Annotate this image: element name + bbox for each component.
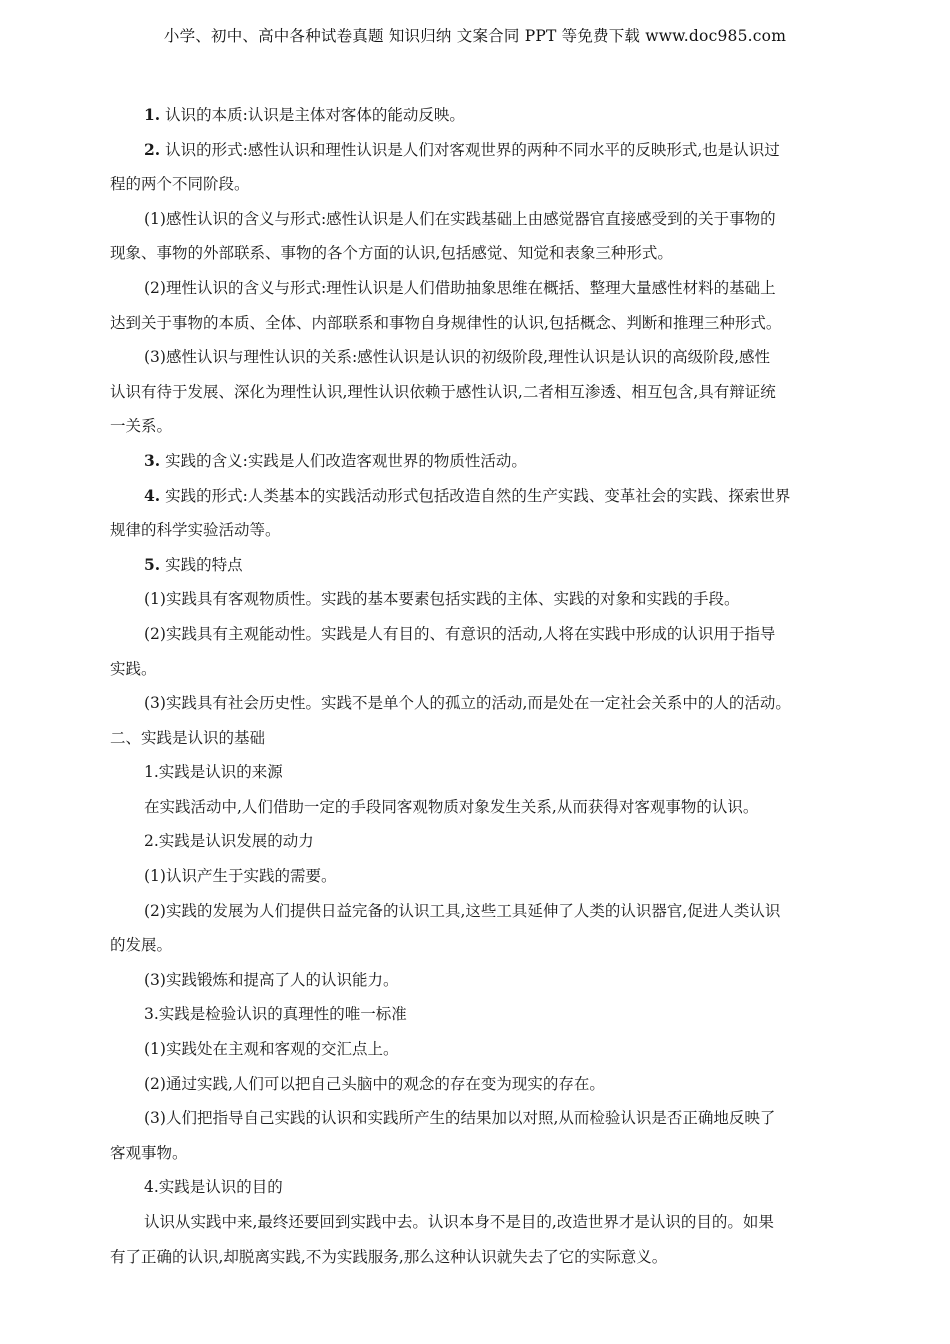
- line-text: 达到关于事物的本质、全体、内部联系和事物自身规律性的认识,包括概念、判断和推理三…: [110, 314, 781, 332]
- text-line: 3. 实践的含义:实践是人们改造客观世界的物质性活动。: [110, 444, 840, 479]
- text-line: (3)实践锻炼和提高了人的认识能力。: [110, 963, 840, 998]
- text-line: 3.实践是检验认识的真理性的唯一标准: [110, 997, 840, 1032]
- text-line: 认识从实践中来,最终还要回到实践中去。认识本身不是目的,改造世界才是认识的目的。…: [110, 1205, 840, 1240]
- line-text: 4.实践是认识的目的: [144, 1178, 283, 1196]
- line-text: 1.实践是认识的来源: [144, 763, 283, 781]
- text-line: 2. 认识的形式:感性认识和理性认识是人们对客观世界的两种不同水平的反映形式,也…: [110, 133, 840, 168]
- text-line: 在实践活动中,人们借助一定的手段同客观物质对象发生关系,从而获得对客观事物的认识…: [110, 790, 840, 825]
- text-line: 2.实践是认识发展的动力: [110, 824, 840, 859]
- text-line: 认识有待于发展、深化为理性认识,理性认识依赖于感性认识,二者相互渗透、相互包含,…: [110, 375, 840, 410]
- line-text: (3)实践具有社会历史性。实践不是单个人的孤立的活动,而是处在一定社会关系中的人…: [144, 694, 791, 712]
- line-text: 现象、事物的外部联系、事物的各个方面的认识,包括感觉、知觉和表象三种形式。: [110, 244, 673, 262]
- line-text: 实践的特点: [160, 556, 242, 574]
- text-line: (2)实践具有主观能动性。实践是人有目的、有意识的活动,人将在实践中形成的认识用…: [110, 617, 840, 652]
- text-line: 达到关于事物的本质、全体、内部联系和事物自身规律性的认识,包括概念、判断和推理三…: [110, 306, 840, 341]
- text-line: 1. 认识的本质:认识是主体对客体的能动反映。: [110, 98, 840, 133]
- line-text: 认识从实践中来,最终还要回到实践中去。认识本身不是目的,改造世界才是认识的目的。…: [144, 1213, 774, 1231]
- text-line: 4. 实践的形式:人类基本的实践活动形式包括改造自然的生产实践、变革社会的实践、…: [110, 479, 840, 514]
- text-line: 二、实践是认识的基础: [110, 721, 840, 756]
- line-text: 认识的形式:感性认识和理性认识是人们对客观世界的两种不同水平的反映形式,也是认识…: [160, 141, 780, 159]
- text-line: (2)通过实践,人们可以把自己头脑中的观念的存在变为现实的存在。: [110, 1067, 840, 1102]
- line-text: (3)感性认识与理性认识的关系:感性认识是认识的初级阶段,理性认识是认识的高级阶…: [144, 348, 770, 366]
- text-line: 的发展。: [110, 928, 840, 963]
- line-text: 一关系。: [110, 417, 172, 435]
- text-line: (1)实践处在主观和客观的交汇点上。: [110, 1032, 840, 1067]
- text-line: 一关系。: [110, 409, 840, 444]
- line-text: (2)通过实践,人们可以把自己头脑中的观念的存在变为现实的存在。: [144, 1075, 605, 1093]
- item-number: 4.: [144, 486, 160, 505]
- text-line: 1.实践是认识的来源: [110, 755, 840, 790]
- line-text: 实践的含义:实践是人们改造客观世界的物质性活动。: [160, 452, 527, 470]
- line-text: (2)理性认识的含义与形式:理性认识是人们借助抽象思维在概括、整理大量感性材料的…: [144, 279, 776, 297]
- line-text: 有了正确的认识,却脱离实践,不为实践服务,那么这种认识就失去了它的实际意义。: [110, 1248, 667, 1266]
- line-text: (3)实践锻炼和提高了人的认识能力。: [144, 971, 398, 989]
- line-text: 实践。: [110, 660, 157, 678]
- text-line: (1)认识产生于实践的需要。: [110, 859, 840, 894]
- line-text: (3)人们把指导自己实践的认识和实践所产生的结果加以对照,从而检验认识是否正确地…: [144, 1109, 775, 1127]
- text-line: (3)实践具有社会历史性。实践不是单个人的孤立的活动,而是处在一定社会关系中的人…: [110, 686, 840, 721]
- line-text: 实践的形式:人类基本的实践活动形式包括改造自然的生产实践、变革社会的实践、探索世…: [160, 487, 790, 505]
- text-line: 规律的科学实验活动等。: [110, 513, 840, 548]
- line-text: 规律的科学实验活动等。: [110, 521, 281, 539]
- line-text: 认识的本质:认识是主体对客体的能动反映。: [160, 106, 465, 124]
- line-text: (2)实践的发展为人们提供日益完备的认识工具,这些工具延伸了人类的认识器官,促进…: [144, 902, 780, 920]
- line-text: 3.实践是检验认识的真理性的唯一标准: [144, 1005, 407, 1023]
- line-text: 在实践活动中,人们借助一定的手段同客观物质对象发生关系,从而获得对客观事物的认识…: [144, 798, 758, 816]
- text-line: 现象、事物的外部联系、事物的各个方面的认识,包括感觉、知觉和表象三种形式。: [110, 236, 840, 271]
- item-number: 1.: [144, 105, 160, 124]
- text-line: 程的两个不同阶段。: [110, 167, 840, 202]
- item-number: 3.: [144, 451, 160, 470]
- line-text: (1)实践具有客观物质性。实践的基本要素包括实践的主体、实践的对象和实践的手段。: [144, 590, 739, 608]
- text-line: 实践。: [110, 652, 840, 687]
- text-line: (3)人们把指导自己实践的认识和实践所产生的结果加以对照,从而检验认识是否正确地…: [110, 1101, 840, 1136]
- document-body: 1. 认识的本质:认识是主体对客体的能动反映。2. 认识的形式:感性认识和理性认…: [110, 98, 840, 1274]
- line-text: 程的两个不同阶段。: [110, 175, 250, 193]
- line-text: (1)感性认识的含义与形式:感性认识是人们在实践基础上由感觉器官直接感受到的关于…: [144, 210, 776, 228]
- line-text: 的发展。: [110, 936, 172, 954]
- text-line: (2)理性认识的含义与形式:理性认识是人们借助抽象思维在概括、整理大量感性材料的…: [110, 271, 840, 306]
- item-number: 5.: [144, 555, 160, 574]
- text-line: (2)实践的发展为人们提供日益完备的认识工具,这些工具延伸了人类的认识器官,促进…: [110, 894, 840, 929]
- text-line: 客观事物。: [110, 1136, 840, 1171]
- line-text: 2.实践是认识发展的动力: [144, 832, 314, 850]
- text-line: 4.实践是认识的目的: [110, 1170, 840, 1205]
- line-text: 客观事物。: [110, 1144, 188, 1162]
- line-text: 认识有待于发展、深化为理性认识,理性认识依赖于感性认识,二者相互渗透、相互包含,…: [110, 383, 776, 401]
- item-number: 2.: [144, 140, 160, 159]
- text-line: (1)感性认识的含义与形式:感性认识是人们在实践基础上由感觉器官直接感受到的关于…: [110, 202, 840, 237]
- text-line: (1)实践具有客观物质性。实践的基本要素包括实践的主体、实践的对象和实践的手段。: [110, 582, 840, 617]
- text-line: 5. 实践的特点: [110, 548, 840, 583]
- page-header-banner: 小学、初中、高中各种试卷真题 知识归纳 文案合同 PPT 等免费下载 www.d…: [0, 24, 950, 46]
- line-text: 二、实践是认识的基础: [110, 729, 265, 747]
- text-line: 有了正确的认识,却脱离实践,不为实践服务,那么这种认识就失去了它的实际意义。: [110, 1240, 840, 1275]
- line-text: (1)实践处在主观和客观的交汇点上。: [144, 1040, 398, 1058]
- line-text: (2)实践具有主观能动性。实践是人有目的、有意识的活动,人将在实践中形成的认识用…: [144, 625, 775, 643]
- line-text: (1)认识产生于实践的需要。: [144, 867, 336, 885]
- text-line: (3)感性认识与理性认识的关系:感性认识是认识的初级阶段,理性认识是认识的高级阶…: [110, 340, 840, 375]
